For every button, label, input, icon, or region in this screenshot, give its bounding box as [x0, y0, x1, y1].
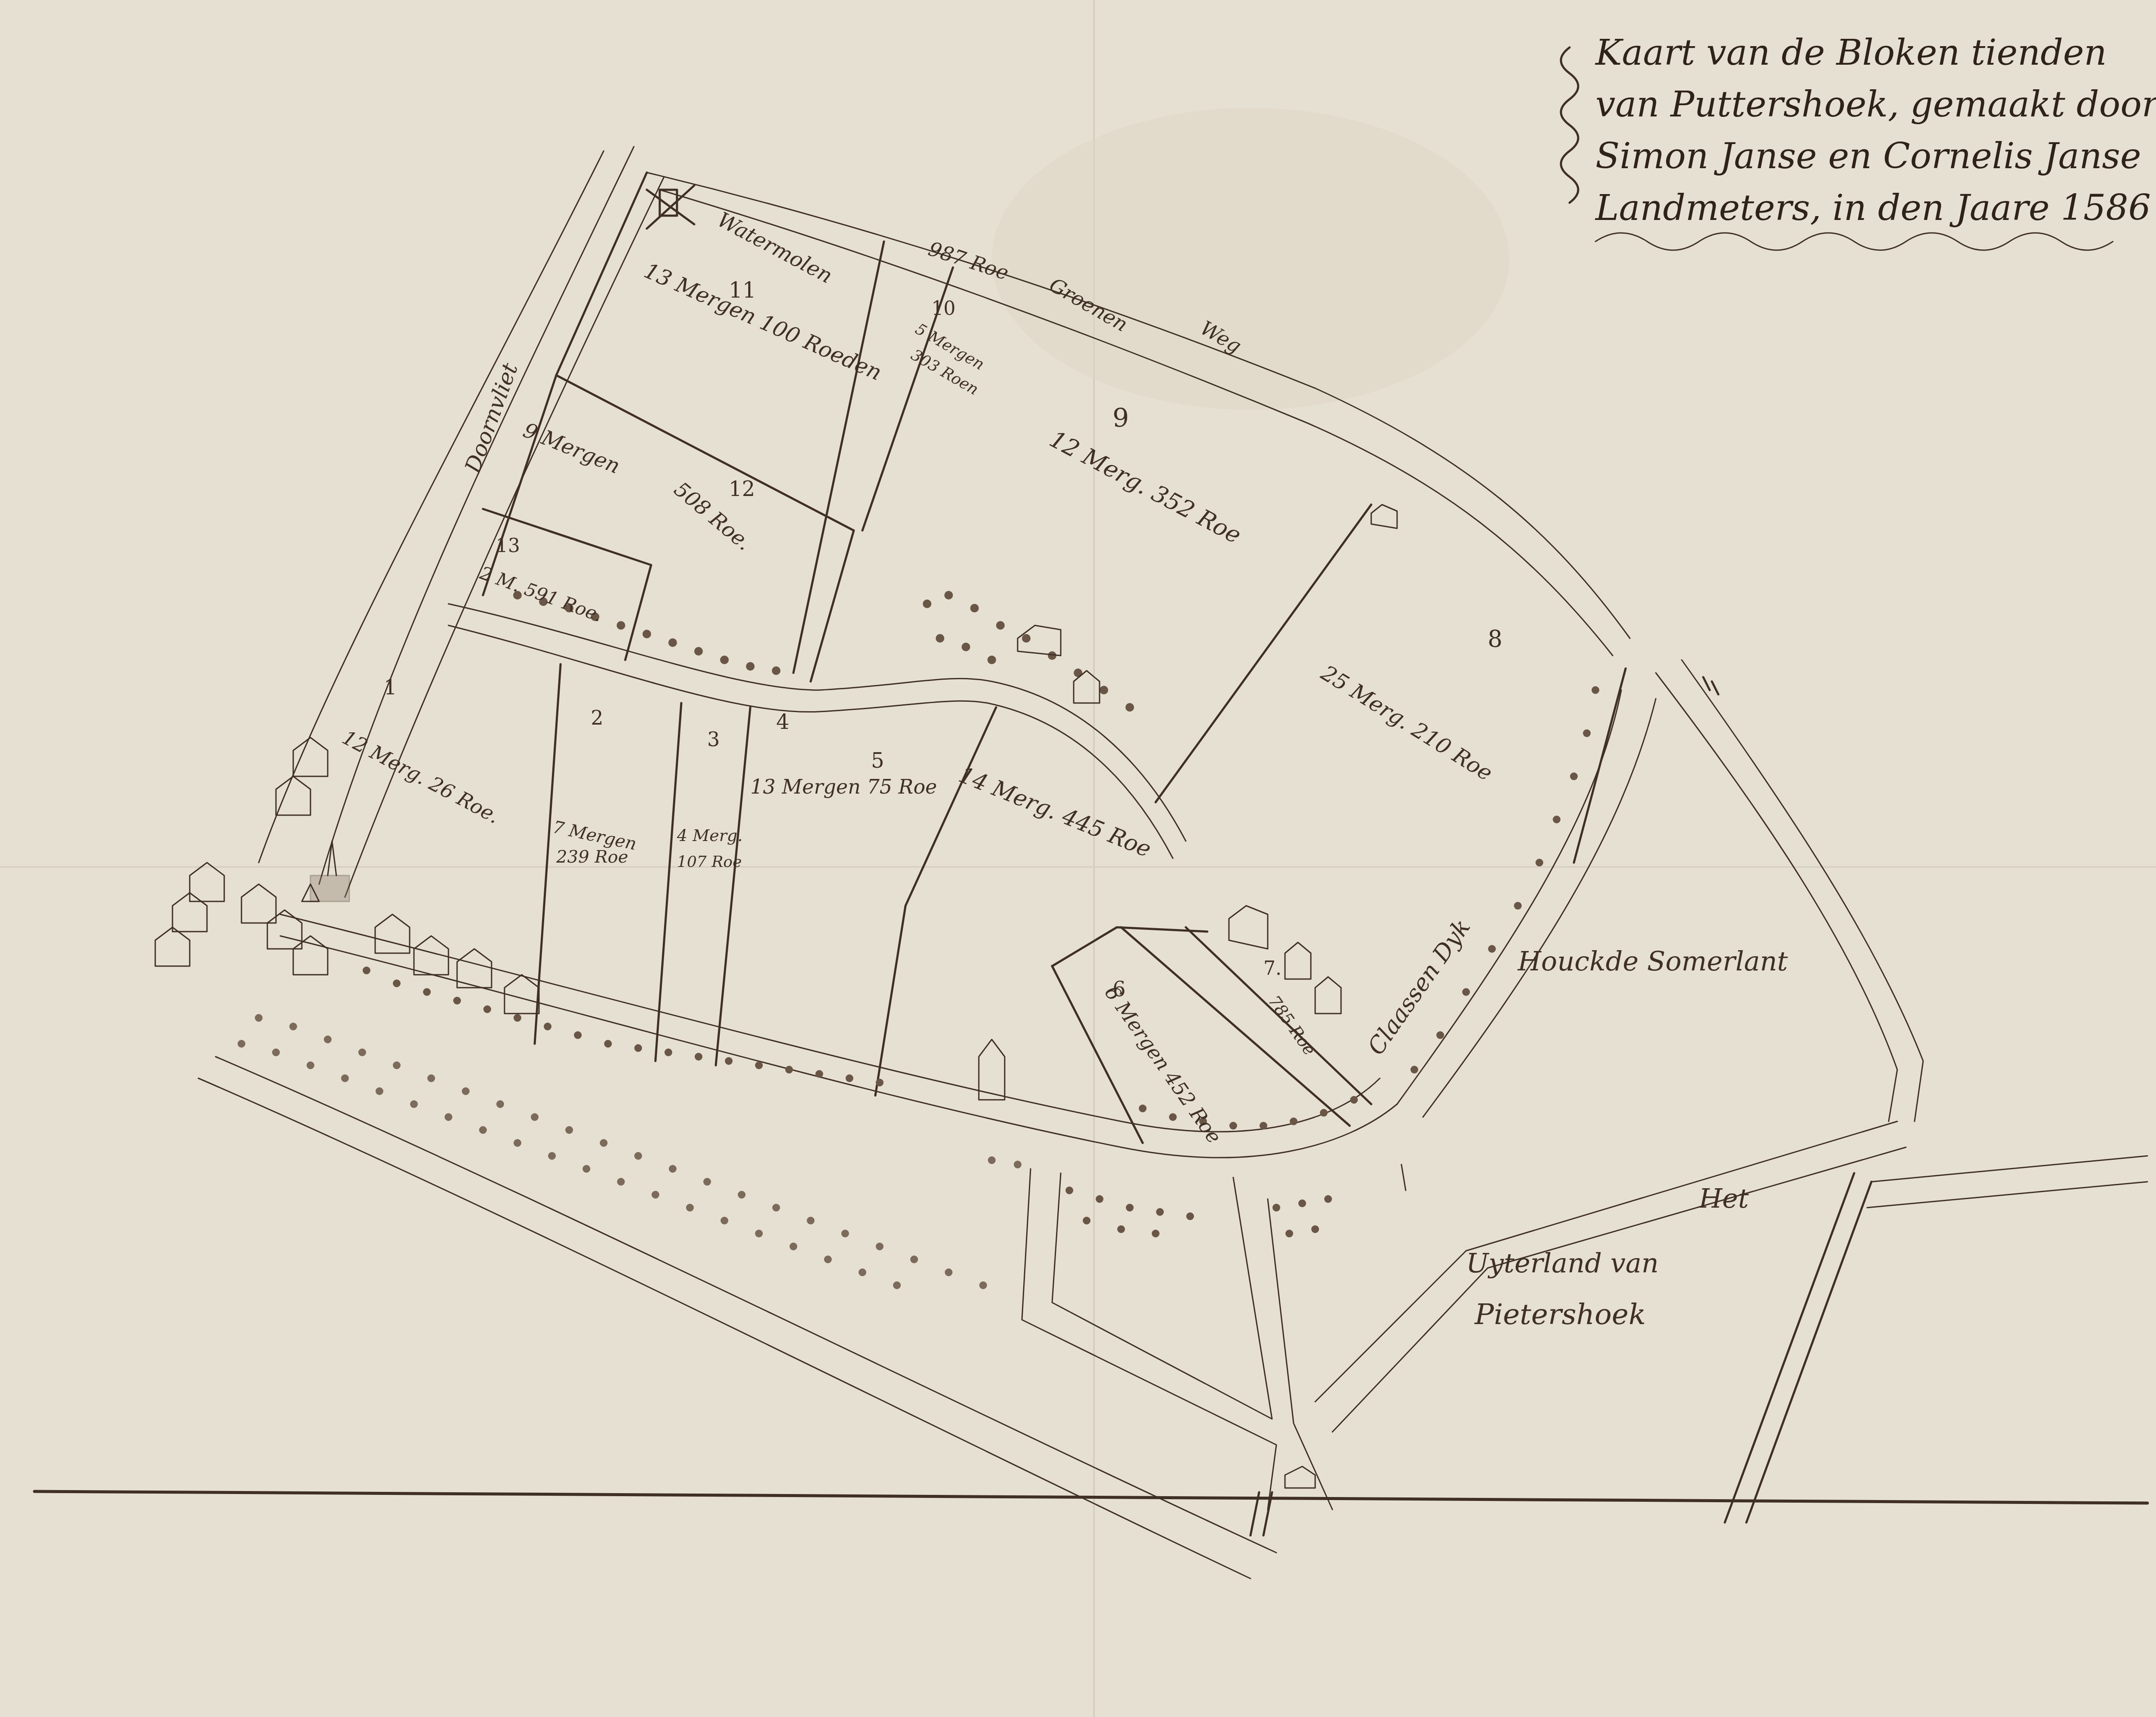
title-line-1: Kaart van de Bloken tienden [1595, 32, 2107, 73]
doornvliet-label: Doornvliet [460, 359, 523, 477]
parcel-11-area: 13 Mergen 100 Roeden [640, 258, 885, 386]
somerlant-label: Houckde Somerlant [1517, 945, 1788, 977]
title-line-2: van Puttershoek, gemaakt door [1595, 84, 2156, 125]
watermolen-label: Watermolen [713, 207, 836, 288]
church-icon [302, 841, 349, 901]
title-line-3: Simon Janse en Cornelis Janse [1595, 136, 2141, 177]
parcel-8-number: 8 [1488, 625, 1502, 653]
parcel-1-number: 1 [384, 675, 397, 700]
parcel-1-area: 12 Merg. 26 Roe. [338, 725, 504, 828]
farmhouse-icons [979, 505, 1397, 1488]
title-cartouche: Kaart van de Bloken tienden van Puttersh… [1561, 32, 2156, 250]
title-line-4: Landmeters, in den Jaare 1586 [1595, 188, 2151, 229]
map-canvas: Kaart van de Bloken tienden van Puttersh… [0, 0, 2156, 1717]
parcel-2-area-2: 239 Roe [556, 847, 628, 867]
parcel-4-area: 13 Mergen 75 Roe [750, 775, 937, 798]
parcel-7-area: 785 Roe [1265, 992, 1319, 1059]
west-road-doornvliet [259, 147, 664, 897]
uyterland-label-3: Pietershoek [1474, 1298, 1646, 1331]
uyterland-label-2: Uyterland van [1466, 1247, 1659, 1279]
parcel-6-area: 6 Mergen 452 Roe [1100, 981, 1226, 1148]
parcel-10-number: 10 [931, 298, 956, 320]
southeast-canal [1725, 1156, 2147, 1522]
uyterland-label-1: Het [1698, 1183, 1749, 1214]
parcel-9-number: 9 [1112, 403, 1129, 433]
claassen-dyk-label: Claassen Dyk [1362, 914, 1476, 1060]
baseline-rule [34, 1491, 2147, 1503]
parcel-7-number: 7. [1263, 957, 1282, 979]
parcel-8-area: 25 Merg. 210 Roe [1316, 660, 1497, 786]
parcel-2-number: 2 [591, 706, 603, 729]
orchard-trees [238, 591, 1599, 1289]
southwest-dike [198, 1057, 1276, 1579]
parcel-13-area: 2 M. 591 Roe. [477, 562, 605, 626]
windmill-icon [647, 185, 694, 229]
parcel-5-area: 14 Merg. 445 Roe [955, 762, 1155, 863]
map-sheet: Kaart van de Bloken tienden van Puttersh… [0, 0, 2156, 1717]
parcel-3-area-2: 107 Roe [677, 853, 742, 871]
parcel-13-number: 13 [496, 535, 520, 557]
east-dike [1656, 660, 1923, 1121]
parcel-3-number: 3 [707, 728, 720, 751]
parcel-9-area: 12 Merg. 352 Roe [1045, 425, 1246, 549]
parcel-3-area-1: 4 Merg. [677, 826, 743, 845]
parcel-12-number: 12 [729, 477, 755, 501]
sluice-marks [1250, 677, 1718, 1535]
parcel-4-number: 4 [776, 710, 790, 734]
parcel-5-number: 5 [871, 749, 884, 773]
